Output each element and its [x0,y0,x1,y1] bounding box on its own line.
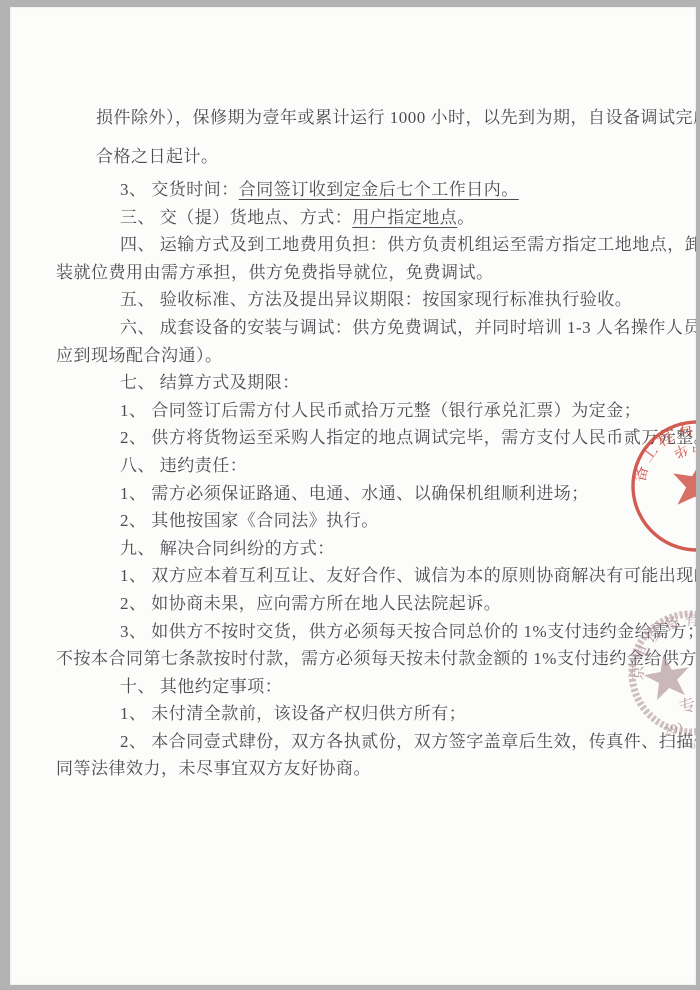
text-segment: 同等法律效力，未尽事宜双方友好协商。 [56,759,371,778]
text-line: 2、 供方将货物运至采购人指定的地点调试完毕，需方支付人民币贰万元整。 [56,424,648,452]
text-line: 合格之日起计。 [56,138,648,177]
text-segment: 1、 未付清全款前，该设备产权归供方所有； [120,704,466,723]
text-line: 损件除外），保修期为壹年或累计运行 1000 小时，以先到为期，自设备调试完成并… [56,99,648,138]
text-line: 1、 需方必须保证路通、电通、水通、以确保机组顺利进场； [56,480,648,508]
text-segment: 2、 如协商未果，应向需方所在地人民法院起诉。 [120,594,501,613]
text-segment: 五、 验收标准、方法及提出异议期限：按国家现行标准执行验收。 [120,290,632,309]
text-segment: 。 [457,208,475,227]
underlined-text-segment: 合同签订收到定金后七个工作日内。 [239,180,519,199]
text-line: 2、 如协商未果，应向需方所在地人民法院起诉。 [56,590,648,618]
text-segment: 七、 结算方式及期限： [120,373,300,392]
text-segment: 合格之日起计。 [96,147,219,166]
text-segment: 2、 供方将货物运至采购人指定的地点调试完毕，需方支付人民币贰万元整。 [120,428,696,447]
text-segment: 1、 合同签订后需方付人民币贰拾万元整（银行承兑汇票）为定金； [120,401,641,420]
text-segment: 1、 双方应本着互利互让、友好合作、诚信为本的原则协商解决有可能出现的争议； [120,566,696,585]
text-line: 同等法律效力，未尽事宜双方友好协商。 [56,755,648,783]
text-line: 3、 交货时间：合同签订收到定金后七个工作日内。 [56,176,648,204]
text-segment: 2、 本合同壹式肆份，双方各执贰份，双方签字盖章后生效，传真件、扫描件具备 [120,732,696,751]
text-line: 十、 其他约定事项： [56,673,648,701]
text-segment: 八、 违约责任： [120,456,247,475]
contract-text-block: 损件除外），保修期为壹年或累计运行 1000 小时，以先到为期，自设备调试完成并… [56,99,648,783]
text-segment: 损件除外），保修期为壹年或累计运行 1000 小时，以先到为期，自设备调试完成并… [96,108,696,127]
text-line: 八、 违约责任： [56,452,648,480]
text-segment: 装就位费用由需方承担，供方免费指导就位，免费调试。 [56,263,494,282]
text-line: 1、 双方应本着互利互让、友好合作、诚信为本的原则协商解决有可能出现的争议； [56,562,648,590]
text-segment: 1、 需方必须保证路通、电通、水通、以确保机组顺利进场； [120,484,589,503]
text-line: 四、 运输方式及到工地费用负担：供方负责机组运至需方指定工地地点，卸车及安 [56,231,648,259]
text-line: 五、 验收标准、方法及提出异议期限：按国家现行标准执行验收。 [56,286,648,314]
text-line: 不按本合同第七条款按时付款，需方必须每天按未付款金额的 1%支付违约金给供方。 [56,645,648,673]
text-segment: 2、 其他按国家《合同法》执行。 [120,511,379,530]
text-line: 七、 结算方式及期限： [56,369,648,397]
text-segment: 九、 解决合同纠纷的方式： [120,539,335,558]
text-segment: 不按本合同第七条款按时付款，需方必须每天按未付款金额的 1%支付违约金给供方。 [56,649,696,668]
text-line: 2、 本合同壹式肆份，双方各执贰份，双方签字盖章后生效，传真件、扫描件具备 [56,728,648,756]
text-segment: 3、 交货时间： [120,180,239,199]
underlined-text-segment: 用户指定地点 [352,208,457,227]
text-segment: 应到现场配合沟通）。 [56,346,223,365]
stamp-label-text: 专用章 [676,677,696,718]
text-line: 应到现场配合沟通）。 [56,342,648,370]
text-segment: 四、 运输方式及到工地费用负担：供方负责机组运至需方指定工地地点，卸车及安 [120,235,696,254]
text-segment: 三、 交（提）货地点、方式： [120,208,352,227]
text-segment: 六、 成套设备的安装与调试：供方免费调试，并同时培训 1-3 人名操作人员（需方 [120,318,696,337]
contract-page: 损件除外），保修期为壹年或累计运行 1000 小时，以先到为期，自设备调试完成并… [10,7,696,985]
text-line: 3、 如供方不按时交货，供方必须每天按合同总价的 1%支付违约金给需方；如需方 [56,618,648,646]
scan-background: 损件除外），保修期为壹年或累计运行 1000 小时，以先到为期，自设备调试完成并… [0,0,700,990]
text-line: 2、 其他按国家《合同法》执行。 [56,507,648,535]
text-line: 装就位费用由需方承担，供方免费指导就位，免费调试。 [56,259,648,287]
text-segment: 十、 其他约定事项： [120,677,282,696]
text-segment: 3、 如供方不按时交货，供方必须每天按合同总价的 1%支付违约金给需方；如需方 [120,622,696,641]
text-line: 三、 交（提）货地点、方式：用户指定地点。 [56,204,648,232]
text-line: 九、 解决合同纠纷的方式： [56,535,648,563]
text-line: 1、 合同签订后需方付人民币贰拾万元整（银行承兑汇票）为定金； [56,397,648,425]
text-line: 六、 成套设备的安装与调试：供方免费调试，并同时培训 1-3 人名操作人员（需方 [56,314,648,342]
text-line: 1、 未付清全款前，该设备产权归供方所有； [56,700,648,728]
